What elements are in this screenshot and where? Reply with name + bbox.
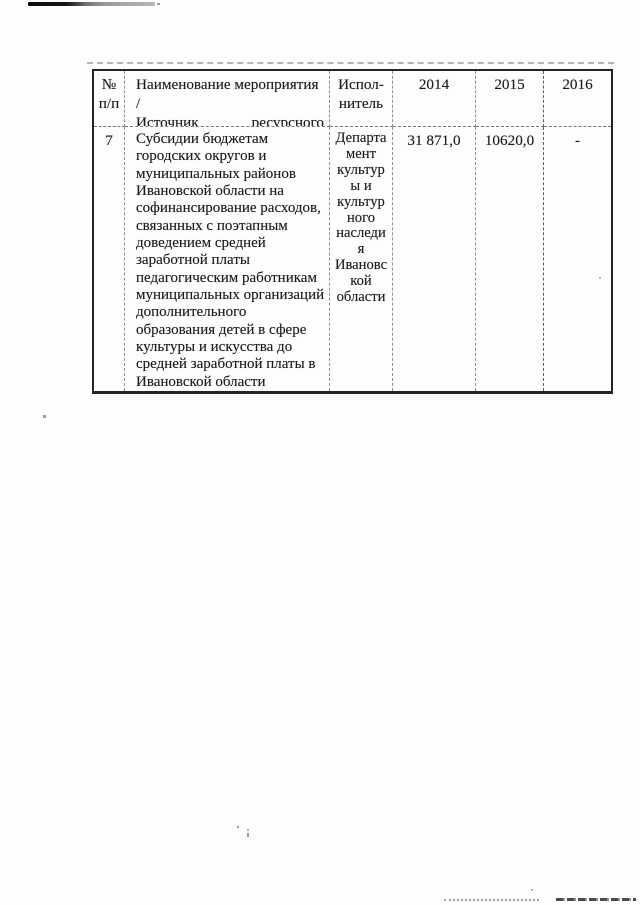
row-cell-value-2016: - xyxy=(544,127,611,391)
header-name-line2-right: ресурсного xyxy=(252,113,324,127)
header-cell-year-2015: 2015 xyxy=(476,71,544,127)
row-cell-measure-name: Субсидии бюджетам городских округов и му… xyxy=(125,127,330,391)
header-name-line2-left: Источник xyxy=(136,113,199,127)
header-cell-year-2014: 2014 xyxy=(393,71,476,127)
row-cell-value-2015: 10620,0 xyxy=(476,127,544,391)
budget-table: № п/п Наименование мероприятия / Источни… xyxy=(92,69,613,394)
header-cell-year-2016: 2016 xyxy=(544,71,611,127)
row-cell-executor: Департа мент культур ы и культур ного на… xyxy=(330,127,393,391)
scan-artifact-top-smudge xyxy=(28,2,155,6)
header-name-line2: Источник ресурсного xyxy=(136,113,324,127)
scan-speck xyxy=(531,889,533,891)
header-name-line1: Наименование мероприятия / xyxy=(136,75,324,113)
row-cell-number: 7 xyxy=(94,127,125,391)
header-cell-measure-name: Наименование мероприятия / Источник ресу… xyxy=(125,71,330,127)
scan-speck xyxy=(237,826,239,828)
scan-artifact-line-above-table xyxy=(87,62,614,64)
row-cell-value-2014: 31 871,0 xyxy=(393,127,476,391)
scan-artifact-top-dot xyxy=(157,3,160,5)
scan-speck xyxy=(43,415,46,418)
scan-artifact-bottom-dashed-line xyxy=(556,898,636,901)
scan-artifact-bottom-dotted-line xyxy=(444,899,539,901)
scan-speck xyxy=(247,829,249,831)
scanned-document-page: № п/п Наименование мероприятия / Источни… xyxy=(0,0,640,905)
header-cell-executor: Испол- нитель xyxy=(330,71,393,127)
scan-speck xyxy=(247,833,249,837)
header-cell-number: № п/п xyxy=(94,71,125,127)
